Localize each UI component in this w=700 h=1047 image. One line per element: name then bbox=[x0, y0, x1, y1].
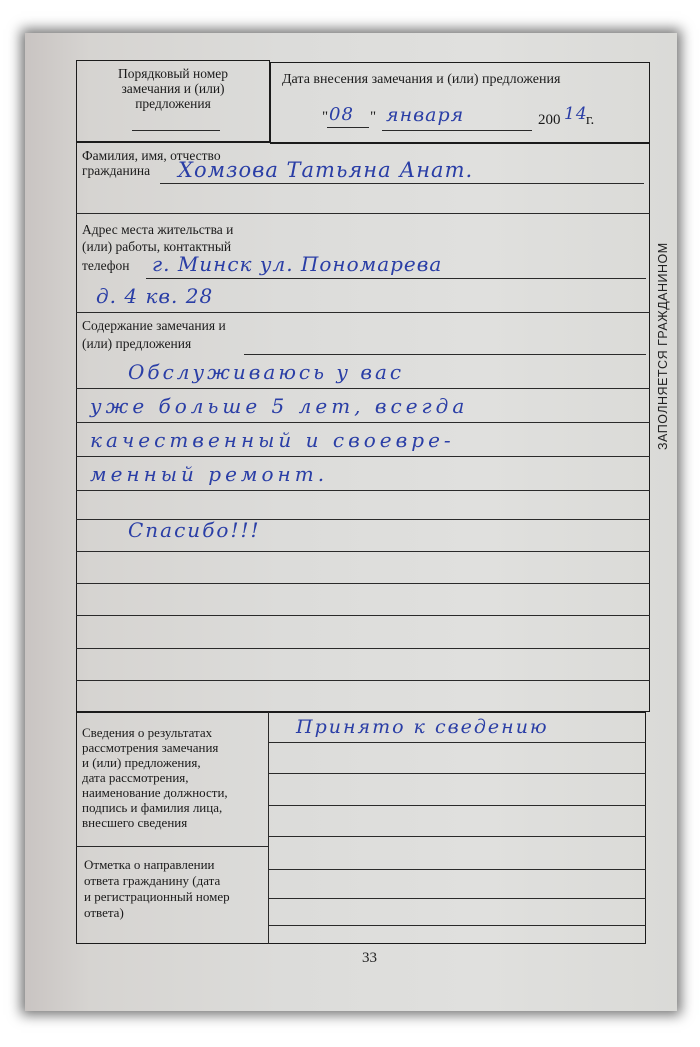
date-year-suffix[interactable]: 14 bbox=[564, 104, 588, 124]
reply-label-line: ответа гражданину (дата bbox=[84, 873, 266, 889]
content-line bbox=[76, 680, 650, 681]
results-label-line: наименование должности, bbox=[82, 785, 266, 800]
page-number: 33 bbox=[362, 950, 377, 967]
results-label-line: рассмотрения замечания bbox=[82, 740, 266, 755]
results-label-line: дата рассмотрения, bbox=[82, 770, 266, 785]
date-year-prefix: 200 bbox=[538, 113, 561, 128]
reply-line[interactable] bbox=[268, 925, 646, 926]
content-line bbox=[76, 648, 650, 649]
content-line-text[interactable]: уже больше 5 лет, всегда bbox=[90, 394, 468, 418]
number-label-line: Порядковый номер bbox=[80, 66, 266, 81]
reply-label-line: Отметка о направлении bbox=[84, 857, 266, 873]
results-label-line: подпись и фамилия лица, bbox=[82, 800, 266, 815]
address-line-1 bbox=[146, 278, 646, 279]
content-line bbox=[76, 583, 650, 584]
content-line bbox=[76, 388, 650, 389]
reply-label-line: и регистрационный номер bbox=[84, 889, 266, 905]
content-line bbox=[76, 519, 650, 520]
results-line bbox=[268, 836, 646, 837]
fio-line bbox=[160, 183, 644, 184]
address-label-3: телефон bbox=[82, 258, 130, 273]
results-label-line: внесшего сведения bbox=[82, 815, 266, 830]
content-line bbox=[76, 456, 650, 457]
address-line-2 bbox=[76, 312, 650, 313]
results-column-divider bbox=[268, 712, 269, 944]
number-label-line: замечания и (или) bbox=[80, 81, 266, 96]
date-month-line bbox=[382, 130, 532, 131]
fio-label-2: гражданина bbox=[82, 163, 150, 178]
results-value[interactable]: Принято к сведению bbox=[296, 716, 549, 738]
reply-line[interactable] bbox=[268, 869, 646, 870]
address-label-1: Адрес места жительства и bbox=[82, 222, 233, 237]
reply-line[interactable] bbox=[268, 898, 646, 899]
content-line bbox=[76, 551, 650, 552]
content-line-text[interactable]: Обслуживаюсь у вас bbox=[128, 360, 404, 384]
content-line-text[interactable]: Спасибо!!! bbox=[128, 518, 261, 542]
results-label-line: и (или) предложения, bbox=[82, 755, 266, 770]
content-label-1: Содержание замечания и bbox=[82, 318, 226, 333]
date-quote-close: " bbox=[370, 110, 376, 125]
date-quote-open: " bbox=[322, 110, 328, 125]
content-line bbox=[76, 490, 650, 491]
results-line bbox=[268, 742, 646, 743]
address-value-1[interactable]: г. Минск ул. Пономарева bbox=[152, 252, 442, 276]
content-line bbox=[76, 422, 650, 423]
date-label: Дата внесения замечания и (или) предложе… bbox=[282, 72, 560, 87]
results-line bbox=[268, 773, 646, 774]
results-label: Сведения о результатах рассмотрения заме… bbox=[82, 725, 266, 830]
results-line bbox=[268, 805, 646, 806]
content-line bbox=[76, 615, 650, 616]
reply-label: Отметка о направлении ответа гражданину … bbox=[84, 857, 266, 921]
content-line-0 bbox=[244, 354, 646, 355]
date-month[interactable]: января bbox=[386, 104, 464, 126]
results-label-line: Сведения о результатах bbox=[82, 725, 266, 740]
date-year-unit: г. bbox=[586, 113, 594, 128]
fio-row-border bbox=[76, 213, 650, 214]
address-value-2[interactable]: д. 4 кв. 28 bbox=[96, 284, 213, 308]
number-field-line[interactable] bbox=[132, 130, 220, 131]
content-label-2: (или) предложения bbox=[82, 336, 191, 351]
number-label: Порядковый номер замечания и (или) предл… bbox=[80, 66, 266, 111]
results-reply-divider bbox=[76, 846, 268, 847]
content-line-text[interactable]: качественный и своевре- bbox=[90, 428, 455, 452]
reply-label-line: ответа) bbox=[84, 905, 266, 921]
fio-value[interactable]: Хомзова Татьяна Анат. bbox=[178, 158, 473, 182]
date-day[interactable]: 08 bbox=[329, 104, 354, 125]
side-caption: ЗАПОЛНЯЕТСЯ ГРАЖДАНИНОМ bbox=[656, 230, 680, 462]
content-line-text[interactable]: менный ремонт. bbox=[90, 462, 328, 486]
number-label-line: предложения bbox=[80, 96, 266, 111]
date-day-line bbox=[327, 127, 369, 128]
